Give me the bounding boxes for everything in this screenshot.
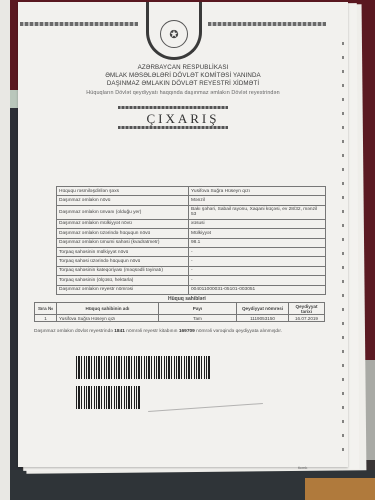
row-label: Daşınmaz əmlakın mülkiyyət növü	[57, 219, 189, 228]
row-value: -	[189, 257, 326, 266]
committee-name: ƏMLAK MƏSƏLƏLƏRİ DÖVLƏT KOMİTƏSİ YANINDA	[18, 72, 348, 79]
coat-of-arms-emblem-icon: ✪	[160, 20, 188, 48]
owner-share: Tam	[159, 315, 237, 322]
barcode-primary	[76, 356, 211, 379]
adjacent-paper-sheet	[0, 0, 10, 500]
background-surface-corner	[305, 478, 375, 500]
registration-note: Daşınmaz əmlakın dövlət reyestrində 1841…	[34, 328, 314, 335]
row-label: Daşınmaz əmlakın ünvanı (olduğu yer)	[57, 205, 189, 219]
property-info-table: Hüququ rəsmiləşdirilən şəxsYusifova Suğr…	[56, 186, 326, 295]
row-label: Hüququ rəsmiləşdirilən şəxs	[57, 187, 189, 196]
column-header: Payı	[159, 303, 237, 315]
row-label: Daşınmaz əmlakın reyestr nömrəsi	[57, 285, 189, 294]
registry-page-number: 169709	[179, 329, 195, 334]
column-header: Qeydiyyat nömrəsi	[237, 303, 289, 315]
owner-index: 1	[35, 315, 57, 322]
note-text: Daşınmaz əmlakın dövlət reyestrində	[34, 329, 113, 334]
document-subtitle: Hüquqların Dövlət qeydiyyatı haqqında da…	[18, 90, 348, 96]
header-ornament-right	[208, 22, 326, 26]
row-value: -	[189, 276, 326, 285]
registration-date: 16.07.2019	[289, 315, 325, 322]
row-value: 98.1	[189, 238, 326, 247]
row-label: Torpaq sahəsinin (ölçüsü, hektarla)	[57, 276, 189, 285]
pencil-mark	[148, 403, 263, 412]
service-name: DAŞINMAZ ƏMLAKIN DÖVLƏT REYESTRİ XİDMƏTİ	[18, 80, 348, 87]
table-row: Daşınmaz əmlakın üzərində hüququn növüMü…	[57, 229, 326, 238]
row-label: Daşınmaz əmlakın ümumi sahəsi (kvadratme…	[57, 238, 189, 247]
row-value: Yusifova Suğra Hüseyn qızı	[189, 187, 326, 196]
table-row: Torpaq sahəsinin (ölçüsü, hektarla)-	[57, 276, 326, 285]
owners-header-row: Sıra № Hüquq sahibinin adı Payı Qeydiyya…	[35, 303, 325, 315]
registration-number: 1119053150	[237, 315, 289, 322]
table-row: Torpaq sahəsinin kateqoriyası (məqsədli …	[57, 266, 326, 275]
table-row: Torpaq sahəsinin mülkiyyət növü-	[57, 247, 326, 256]
row-label: Torpaq sahəsinin mülkiyyət növü	[57, 247, 189, 256]
row-value: -	[189, 247, 326, 256]
header-ornament-left	[20, 22, 138, 26]
row-value: -	[189, 266, 326, 275]
note-text: nömrəli reyestr kitabının	[126, 329, 177, 334]
document-title: ÇIXARIŞ	[18, 111, 348, 127]
country-name: AZƏRBAYCAN RESPUBLİKASI	[18, 64, 348, 71]
owner-name: Yusifova Suğra Hüseyn qızı	[57, 315, 159, 322]
row-value: 004011000031-05101-003051	[189, 285, 326, 294]
table-row: Daşınmaz əmlakın mülkiyyət növüxüsusi	[57, 219, 326, 228]
barcode-secondary	[76, 386, 141, 409]
table-row: Torpaq sahəsi üzərində hüququn növü-	[57, 257, 326, 266]
column-header: Sıra №	[35, 303, 57, 315]
row-label: Torpaq sahəsi üzərində hüququn növü	[57, 257, 189, 266]
table-row: 1 Yusifova Suğra Hüseyn qızı Tam 1119053…	[35, 315, 325, 322]
table-row: Daşınmaz əmlakın ünvanı (olduğu yer)Bakı…	[57, 205, 326, 219]
row-value: Mülkiyyət	[189, 229, 326, 238]
extract-document-page: ✪ AZƏRBAYCAN RESPUBLİKASI ƏMLAK MƏSƏLƏLƏ…	[18, 2, 348, 467]
title-ornament-bottom	[118, 126, 228, 129]
row-label: Daşınmaz əmlakın üzərində hüququn növü	[57, 229, 189, 238]
row-label: Daşınmaz əmlakın növü	[57, 196, 189, 205]
registry-book-number: 1841	[114, 329, 125, 334]
title-ornament-top	[118, 106, 228, 109]
row-value: xüsusi	[189, 219, 326, 228]
note-text: nömrəli vərəqində qeydiyyata alınmışdır.	[196, 329, 282, 334]
column-header: Qeydiyyat tarixi	[289, 303, 325, 315]
scan-edge-marks	[342, 42, 344, 462]
table-row: Daşınmaz əmlakın reyestr nömrəsi00401100…	[57, 285, 326, 294]
table-row: Daşınmaz əmlakın ümumi sahəsi (kvadratme…	[57, 238, 326, 247]
owners-table: Sıra № Hüquq sahibinin adı Payı Qeydiyya…	[34, 302, 325, 322]
table-row: Daşınmaz əmlakın növüMənzil	[57, 196, 326, 205]
footer-mark: ticmk	[298, 465, 307, 470]
table-row: Hüququ rəsmiləşdirilən şəxsYusifova Suğr…	[57, 187, 326, 196]
row-value: Mənzil	[189, 196, 326, 205]
row-label: Torpaq sahəsinin kateqoriyası (məqsədli …	[57, 266, 189, 275]
row-value: Bakı şəhəri, Sabail rayonu, Xaqani küçəs…	[189, 205, 326, 219]
column-header: Hüquq sahibinin adı	[57, 303, 159, 315]
